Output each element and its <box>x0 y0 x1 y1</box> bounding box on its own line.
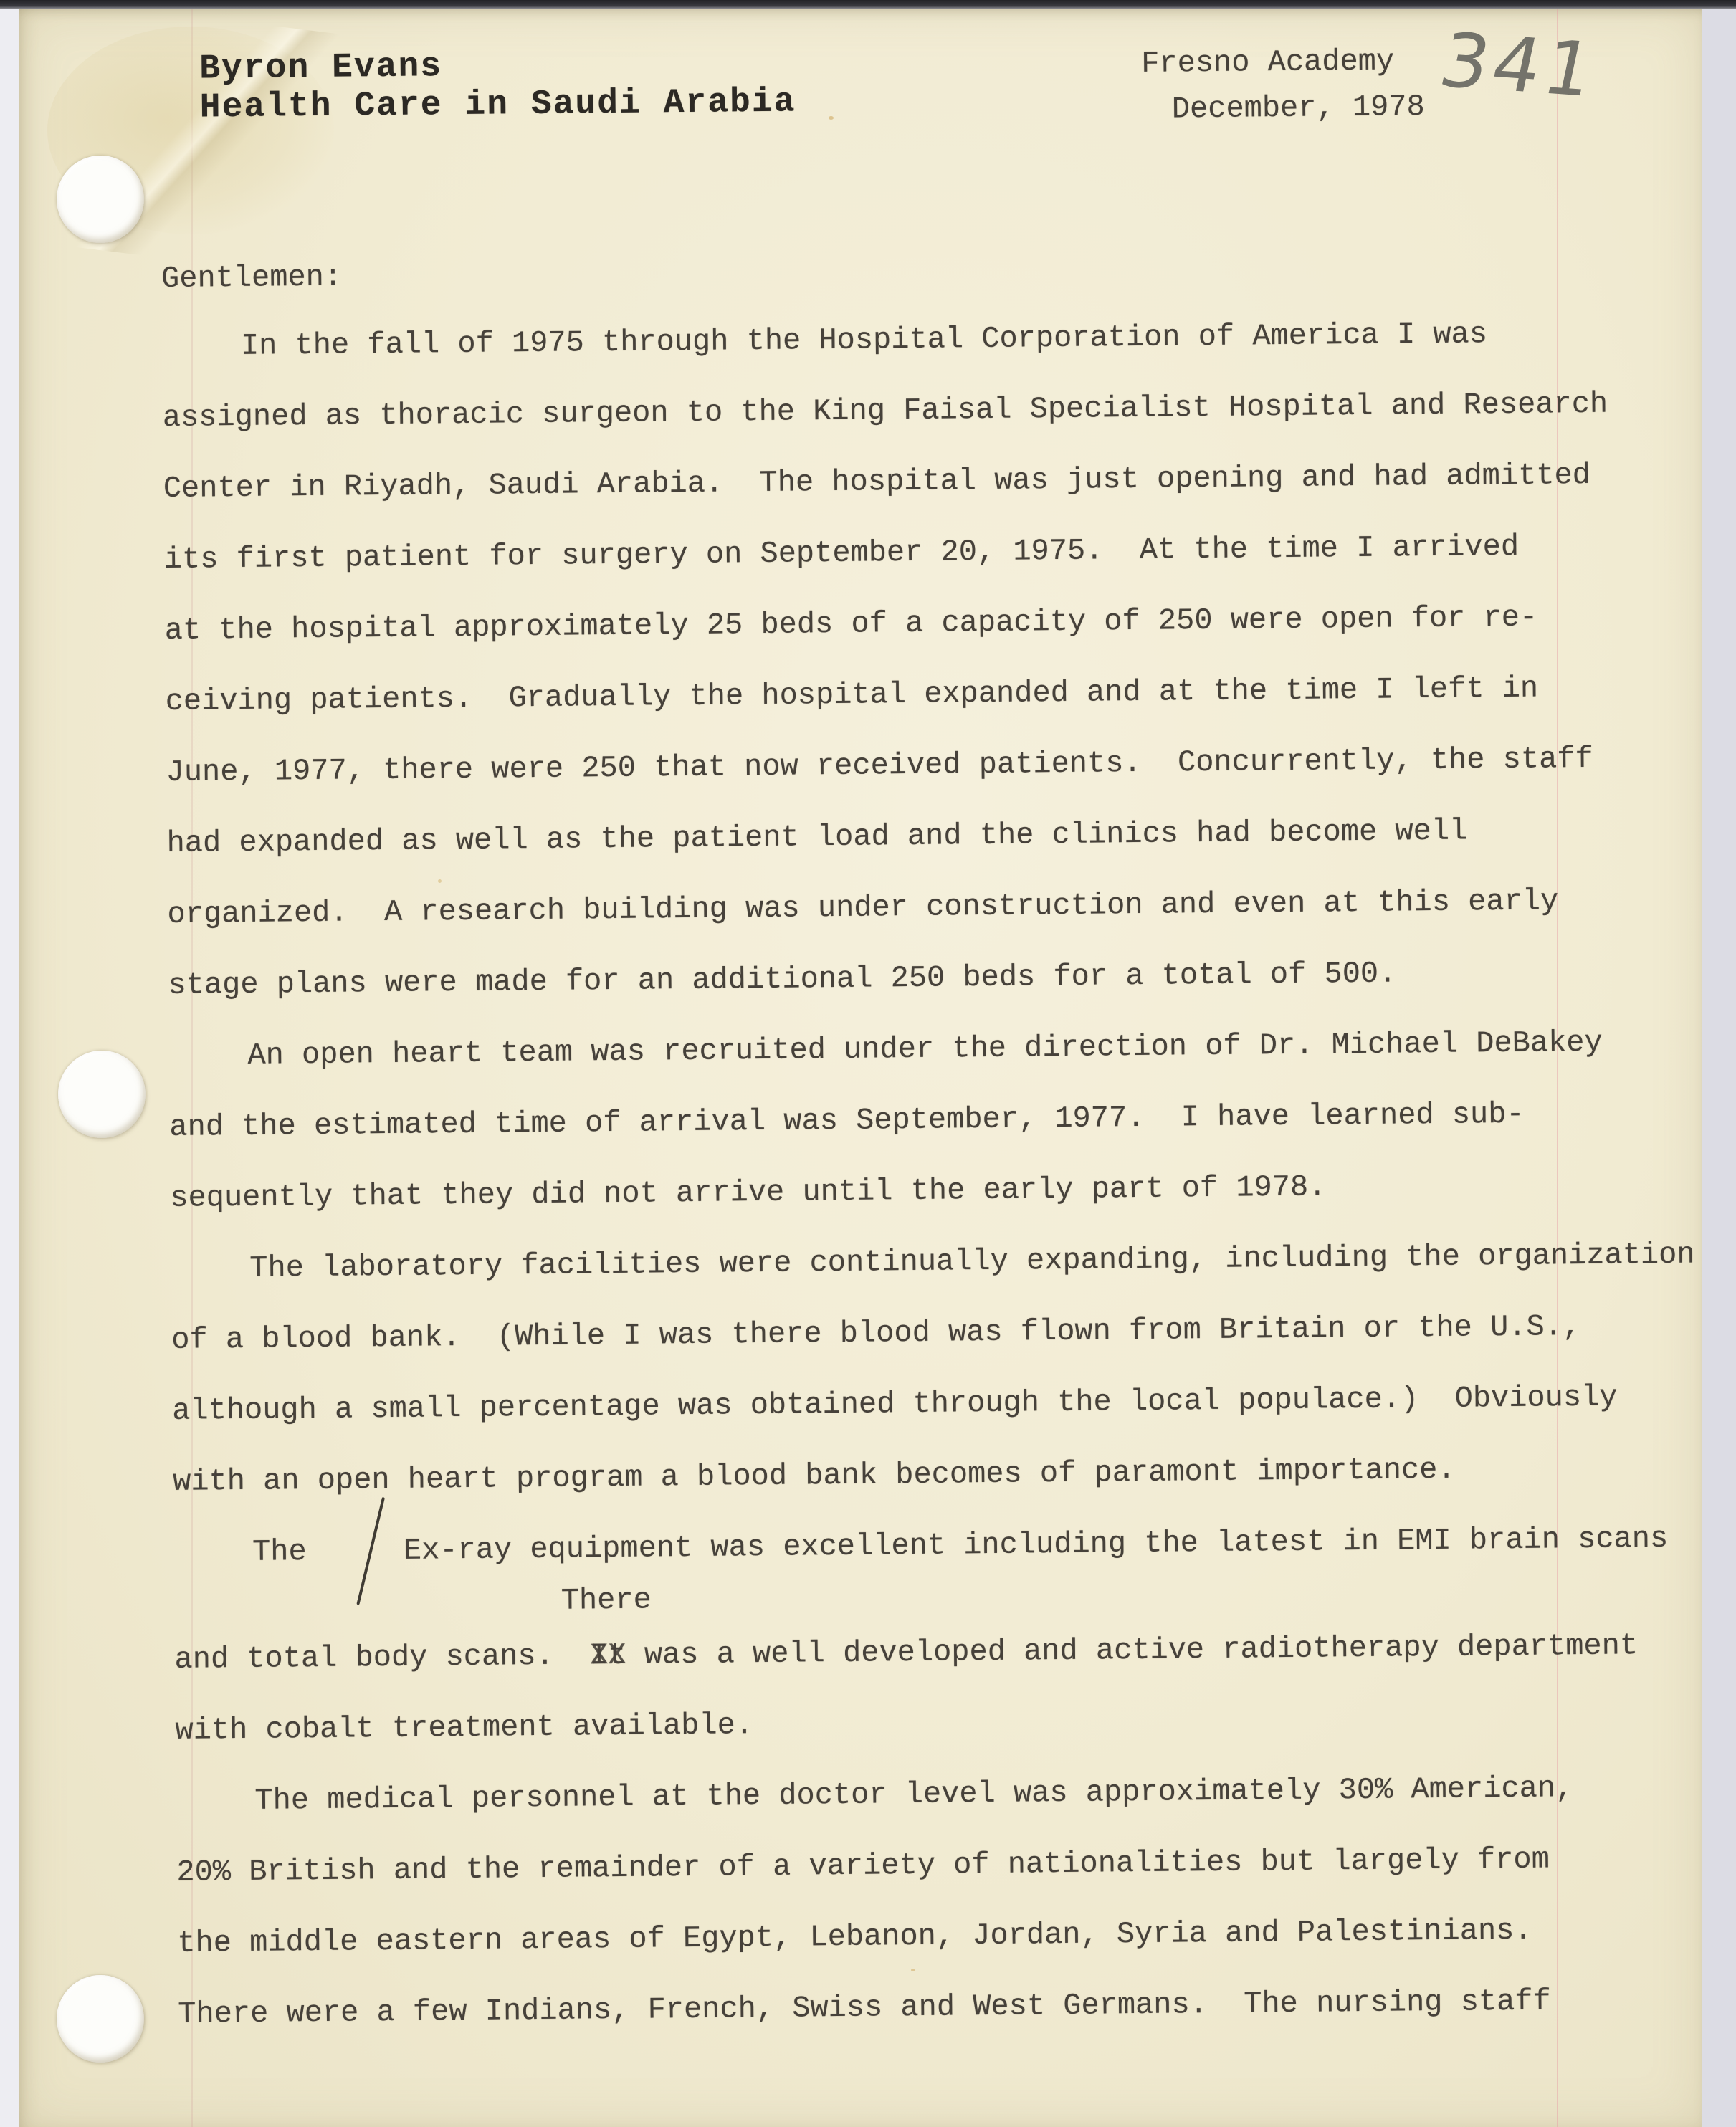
typed-text: There were a few Indians, French, Swiss … <box>178 1984 1551 2031</box>
typed-text: stage plans were made for an additional … <box>168 956 1396 1002</box>
punch-hole-bottom <box>57 1975 144 2063</box>
page-number-handwritten: 341 <box>1432 16 1606 114</box>
typed-text: with an open heart program a blood bank … <box>173 1453 1456 1499</box>
typed-text: and the estimated time of arrival was Se… <box>169 1097 1525 1144</box>
typed-line: June, 1977, there were 250 that now rece… <box>166 722 1702 808</box>
typed-text: organized. A research building was under… <box>167 884 1558 932</box>
typed-strikeout: ItXX <box>590 1620 626 1691</box>
typed-text: had expanded as well as the patient load… <box>166 814 1467 861</box>
header-organization: Fresno Academy <box>1141 44 1394 80</box>
typed-text: An open heart team was recruited under t… <box>247 1026 1603 1073</box>
document-title: Health Care in Saudi Arabia <box>200 82 796 127</box>
typed-text: and total body scans. <box>174 1638 590 1677</box>
punch-hole-top <box>57 156 144 243</box>
overstrike-x: XX <box>590 1620 626 1691</box>
typed-line: although a small percentage was obtained… <box>172 1361 1702 1447</box>
typed-text: at the hospital approximately 25 beds of… <box>165 601 1538 648</box>
header-date: December, 1978 <box>1172 90 1425 126</box>
typed-text: In the fall of 1975 through the Hospital… <box>241 317 1487 363</box>
paper-speck <box>829 116 834 120</box>
scan-top-edge <box>0 0 1736 9</box>
document-byline: Byron Evans <box>199 47 442 88</box>
typed-line: and total body scans. ItXX was a well de… <box>174 1610 1702 1696</box>
typed-text: 20% British and the remainder of a varie… <box>176 1842 1550 1889</box>
typed-text: assigned as thoracic surgeon to the King… <box>163 387 1608 435</box>
typed-line: There were a few Indians, French, Swiss … <box>178 1964 1702 2050</box>
typed-text: x-ray equipment was excellent including … <box>421 1521 1668 1568</box>
salutation: Gentlemen: <box>161 260 342 296</box>
typed-line: organized. A research building was under… <box>167 864 1702 950</box>
letter-body: In the fall of 1975 through the Hospital… <box>162 297 1702 2050</box>
punch-hole-middle <box>58 1051 146 1138</box>
typed-text: Center in Riyadh, Saudi Arabia. The hosp… <box>163 458 1590 506</box>
typed-text: The <box>252 1534 325 1569</box>
typed-text: of a blood bank. (While I was there bloo… <box>171 1309 1580 1357</box>
typed-text: with cobalt treatment available. <box>175 1708 753 1748</box>
scan-background: 341 Byron Evans Health Care in Saudi Ara… <box>0 0 1736 2127</box>
typed-text: although a small percentage was obtained… <box>172 1380 1618 1428</box>
typed-text: The medical personnel at the doctor leve… <box>254 1771 1573 1818</box>
typed-text: the middle eastern areas of Egypt, Leban… <box>177 1913 1532 1961</box>
typed-text: June, 1977, there were 250 that now rece… <box>166 742 1593 790</box>
typed-text: ceiving patients. Gradually the hospital… <box>165 671 1538 719</box>
typed-line: and the estimated time of arrival was Se… <box>169 1077 1702 1163</box>
typed-text: There <box>561 1583 652 1618</box>
slashed-out-character: E <box>324 1516 421 1587</box>
typed-text: was a well developed and active radiothe… <box>626 1628 1638 1673</box>
document-page: 341 Byron Evans Health Care in Saudi Ara… <box>19 9 1702 2127</box>
typed-line: The Ex-ray equipment was excellent inclu… <box>173 1503 1702 1589</box>
typed-text: sequently that they did not arrive until… <box>170 1170 1326 1215</box>
typed-text: The laboratory facilities were continual… <box>249 1238 1695 1286</box>
typed-text: its first patient for surgery on Septemb… <box>164 530 1520 577</box>
